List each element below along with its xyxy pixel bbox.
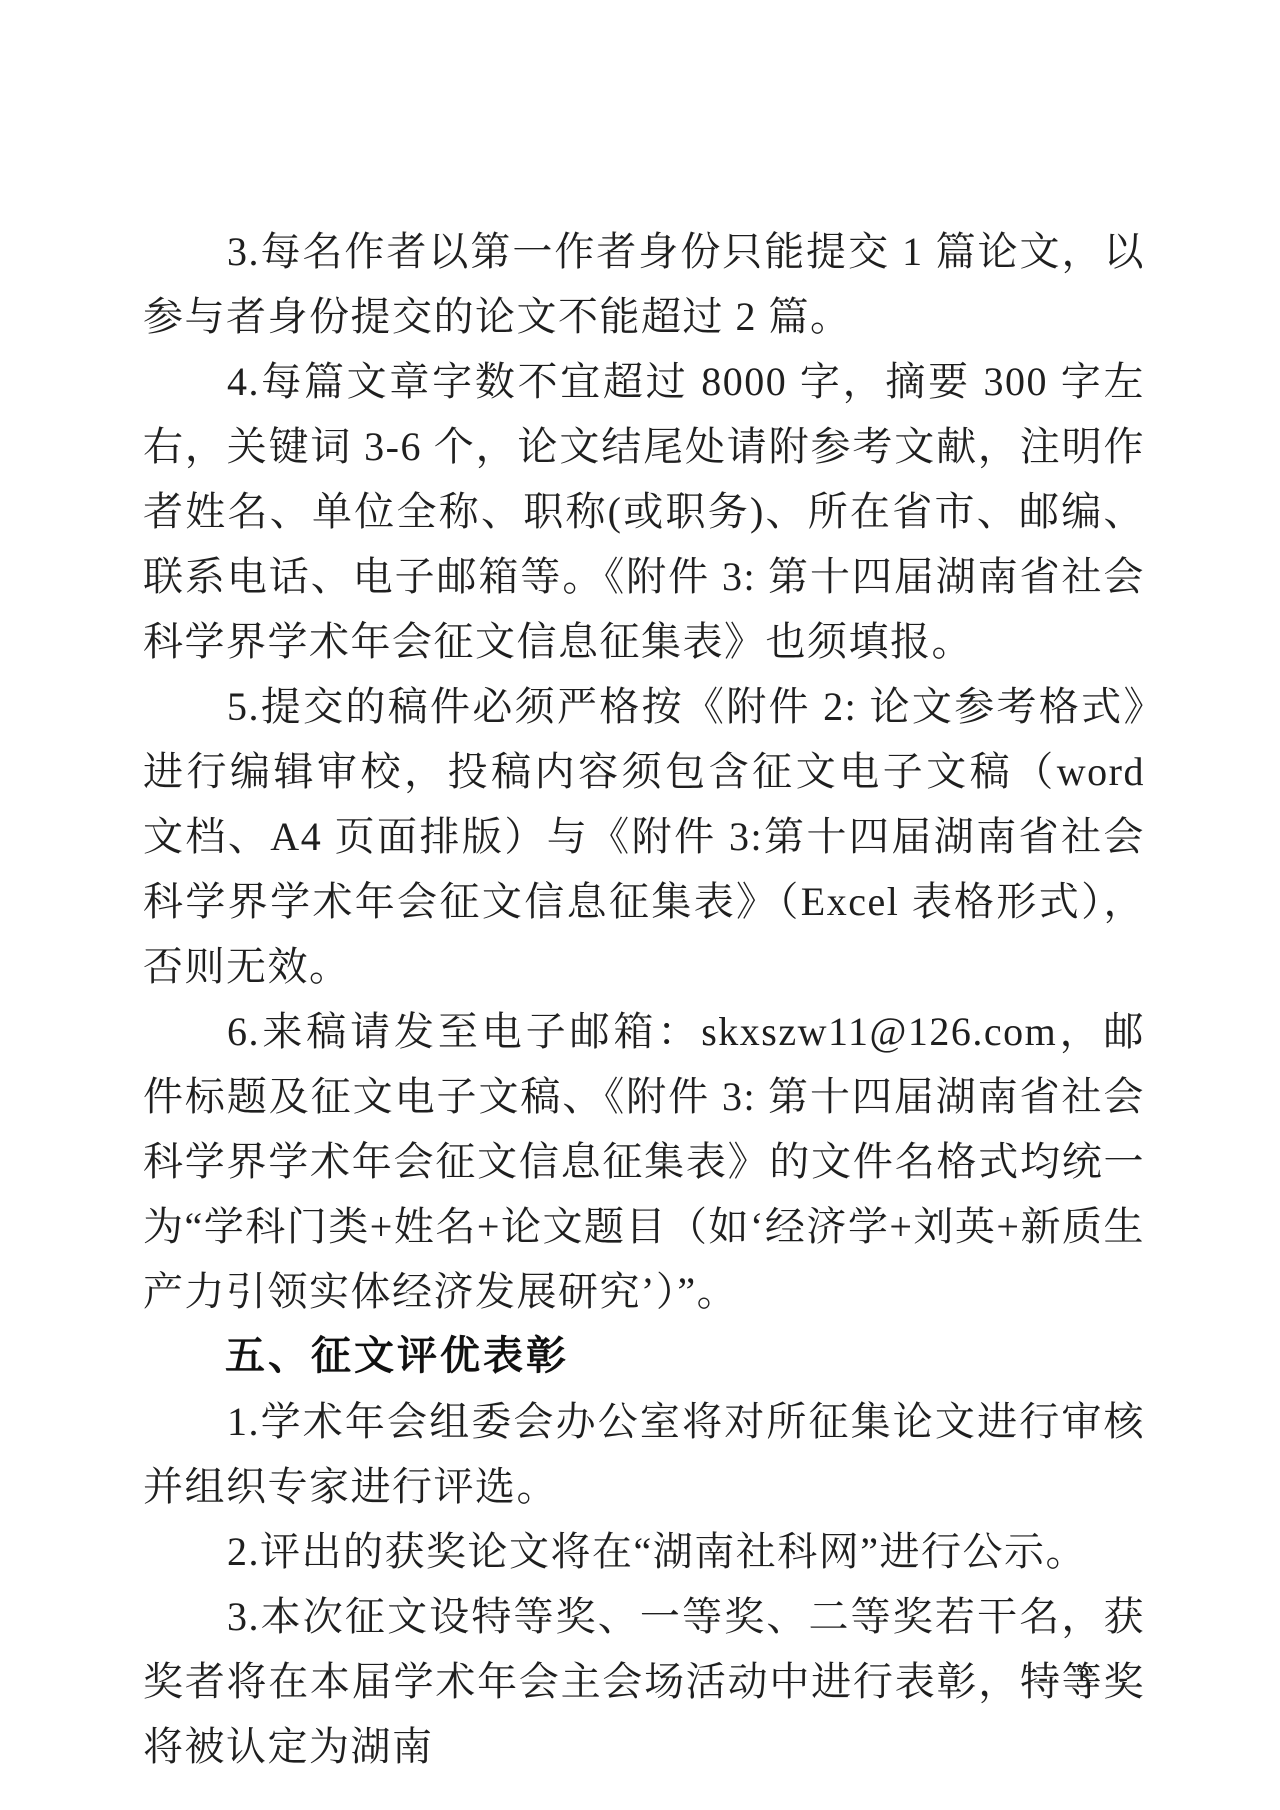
paragraph-item-6: 6.来稿请发至电子邮箱：skxszw11@126.com，邮件标题及征文电子文稿… <box>143 999 1145 1324</box>
document-page: 3.每名作者以第一作者身份只能提交 1 篇论文，以参与者身份提交的论文不能超过 … <box>0 0 1280 1810</box>
page-number: - 3 - <box>1038 1660 1138 1696</box>
paragraph-award-3: 3.本次征文设特等奖、一等奖、二等奖若干名，获奖者将在本届学术年会主会场活动中进… <box>143 1584 1145 1779</box>
paragraph-item-4: 4.每篇文章字数不宜超过 8000 字，摘要 300 字左右，关键词 3-6 个… <box>143 349 1145 674</box>
paragraph-item-3: 3.每名作者以第一作者身份只能提交 1 篇论文，以参与者身份提交的论文不能超过 … <box>143 219 1145 349</box>
section-heading-awards: 五、征文评优表彰 <box>143 1324 1145 1389</box>
document-body: 3.每名作者以第一作者身份只能提交 1 篇论文，以参与者身份提交的论文不能超过 … <box>143 219 1145 1779</box>
paragraph-award-1: 1.学术年会组委会办公室将对所征集论文进行审核并组织专家进行评选。 <box>143 1389 1145 1519</box>
paragraph-award-2: 2.评出的获奖论文将在“湖南社科网”进行公示。 <box>143 1519 1145 1584</box>
paragraph-item-5: 5.提交的稿件必须严格按《附件 2: 论文参考格式》进行编辑审校，投稿内容须包含… <box>143 674 1145 999</box>
